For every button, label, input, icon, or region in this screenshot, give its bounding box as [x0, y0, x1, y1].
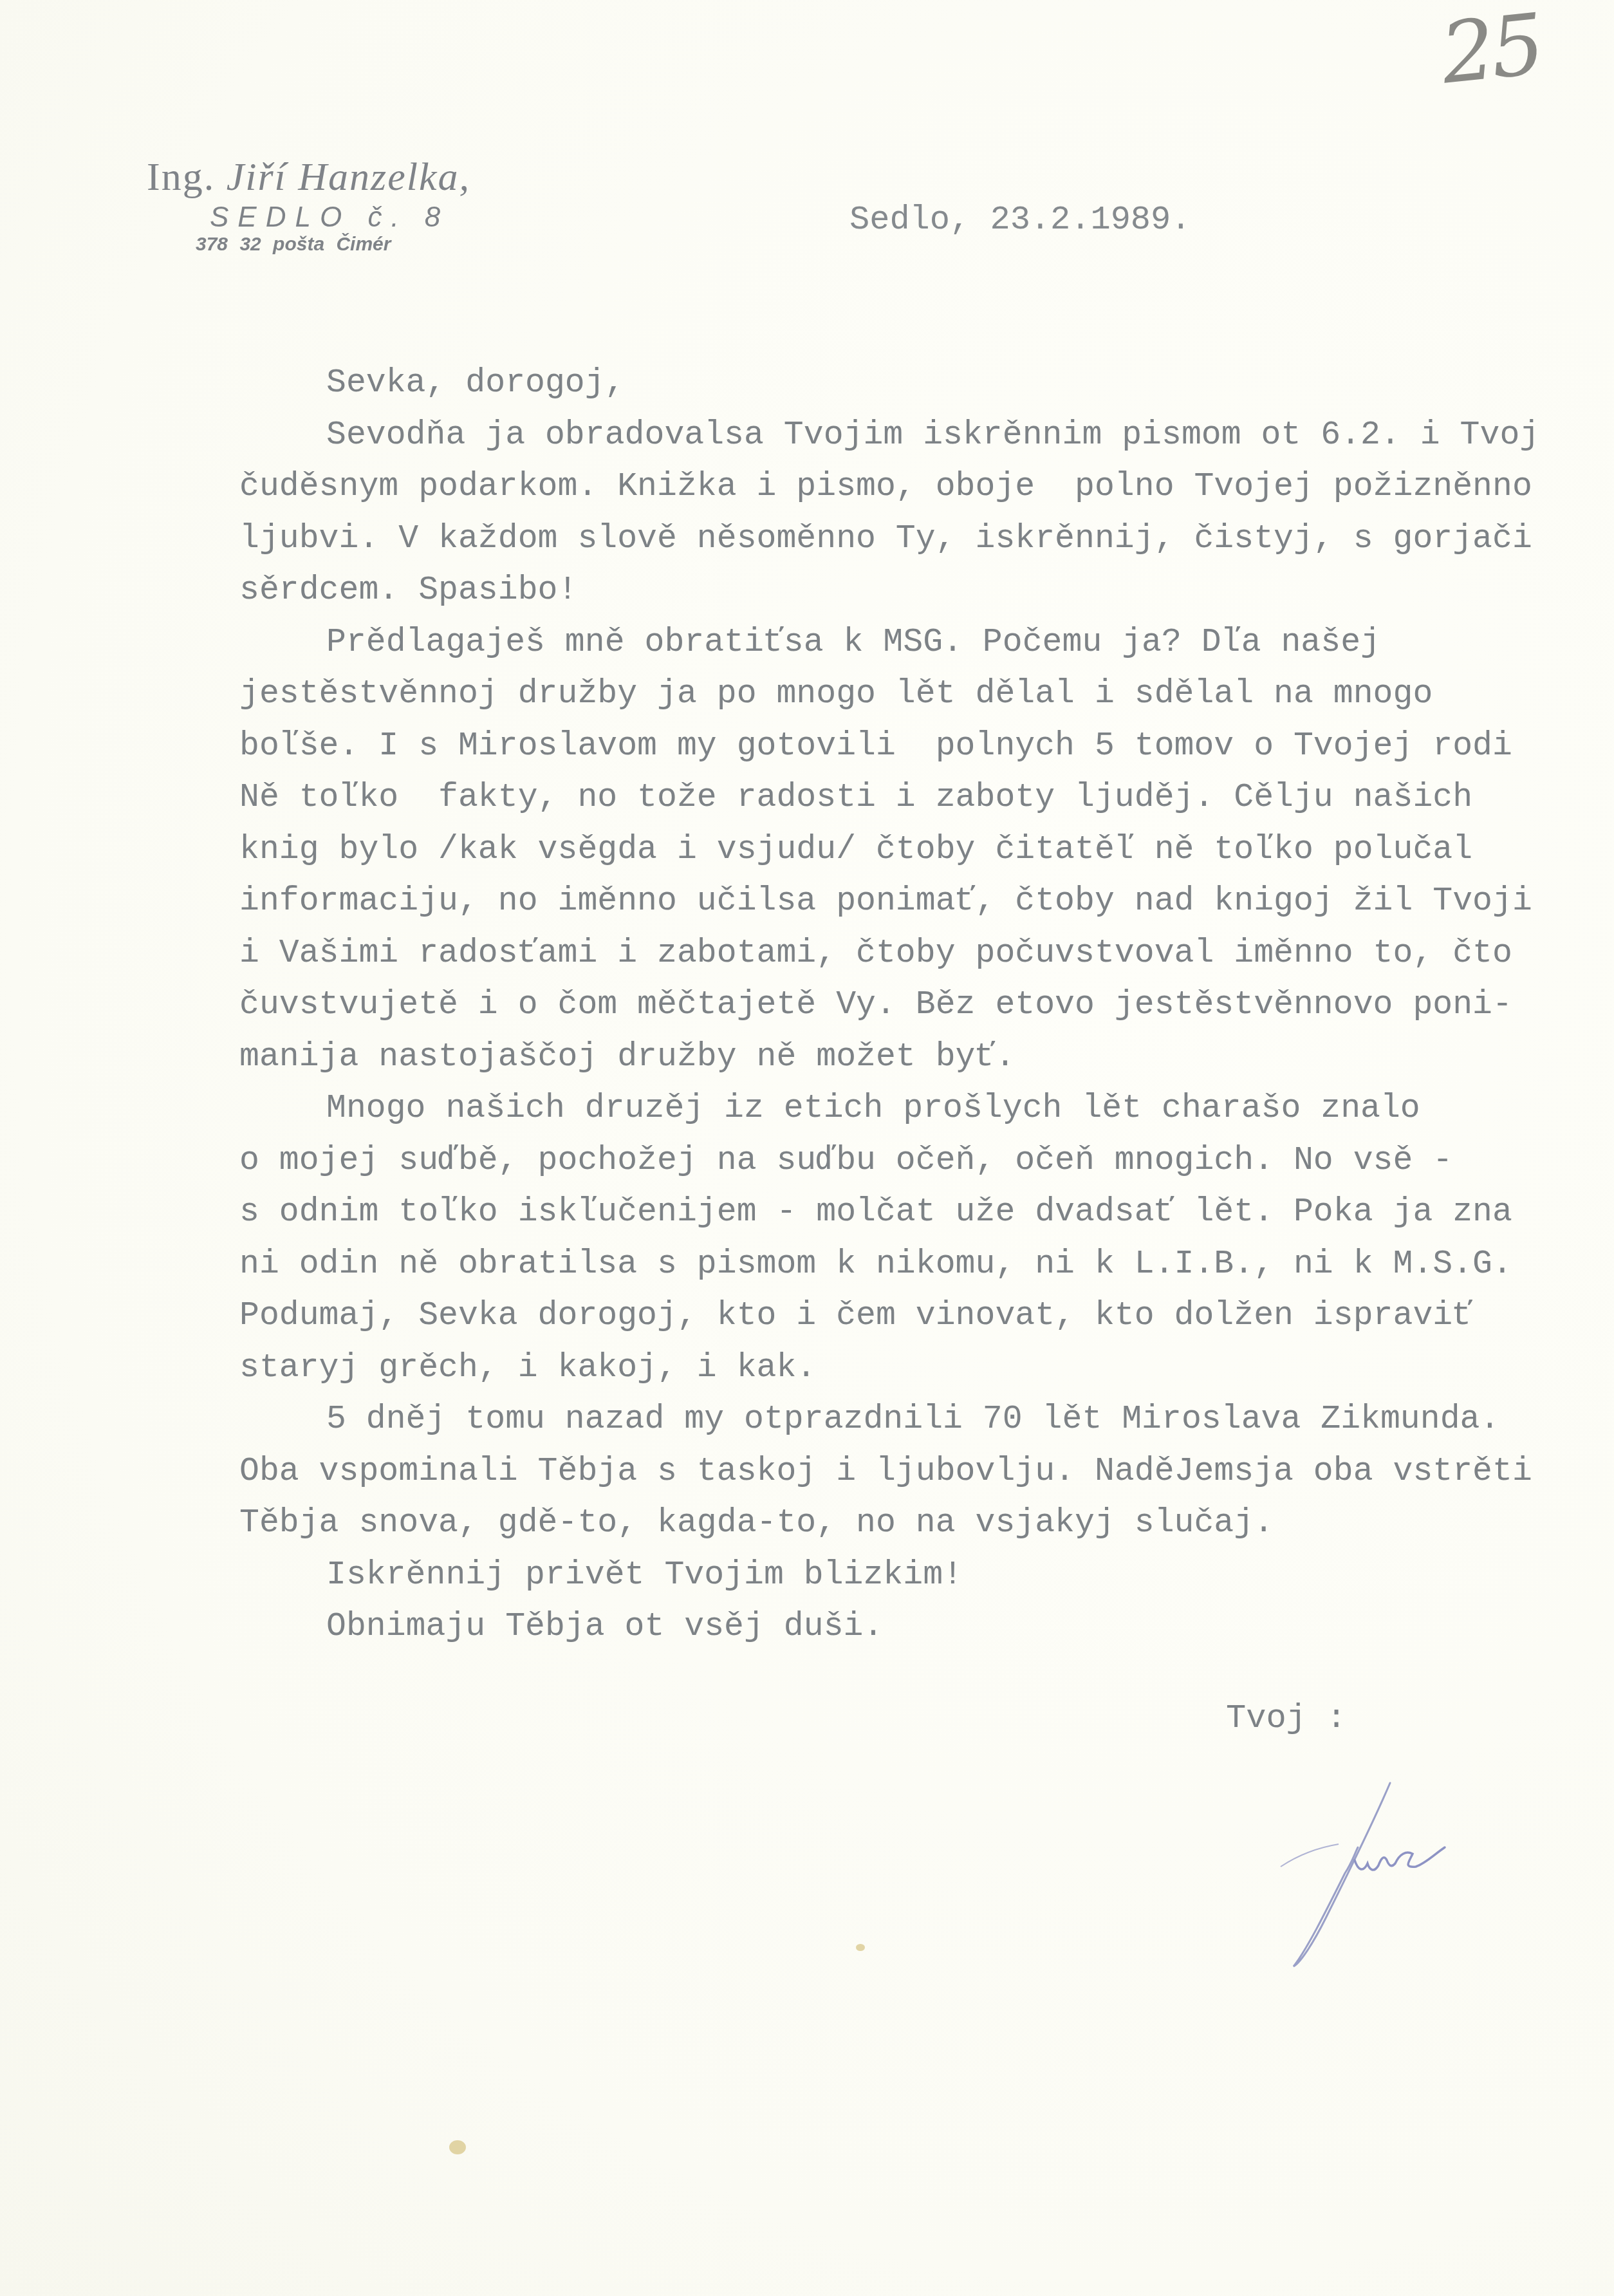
letterhead-postal: 378 32 pošta Čimér: [196, 234, 470, 256]
letterhead-name: Jiří Hanzelka,: [227, 155, 470, 199]
body-line: ljubvi. V každom slově něsoměnno Ty, isk…: [239, 513, 1614, 565]
body-line: o mojej suďbě, pochožej na suďbu očeň, o…: [239, 1135, 1614, 1187]
body-line: Iskrěnnij privět Tvojim blizkim!: [239, 1549, 1614, 1601]
body-line: sěrdcem. Spasibo!: [239, 565, 1614, 617]
body-line: Obnimaju Těbja ot vsěj duši.: [239, 1601, 1614, 1653]
body-line: Oba vspominali Těbja s taskoj i ljubovlj…: [239, 1446, 1614, 1498]
closing: Tvoj :: [1226, 1699, 1346, 1737]
body-line: čuděsnym podarkom. Knižka i pismo, oboje…: [239, 461, 1614, 513]
letterhead: Ing. Jiří Hanzelka, SEDLO č. 8 378 32 po…: [147, 154, 470, 256]
body-line: Ně toľko fakty, no tože radosti i zaboty…: [239, 772, 1614, 824]
letterhead-name-line: Ing. Jiří Hanzelka,: [147, 154, 470, 200]
body-line: Sevodňa ja obradovalsa Tvojim iskrěnnim …: [239, 409, 1614, 462]
body-line: staryj grěch, i kakoj, i kak.: [239, 1342, 1614, 1394]
body-line: informaciju, no iměnno učilsa ponimať, č…: [239, 875, 1614, 928]
body-line: knig bylo /kak vsěgda i vsjudu/ čtoby či…: [239, 824, 1614, 876]
letter-page: 25 Ing. Jiří Hanzelka, SEDLO č. 8 378 32…: [0, 0, 1614, 2296]
letterhead-street: SEDLO č. 8: [210, 201, 470, 234]
dateline: Sedlo, 23.2.1989.: [849, 201, 1191, 239]
paper-stain: [856, 1944, 865, 1951]
body-line: Prědlagaješ mně obratiťsa k MSG. Počemu …: [239, 617, 1614, 669]
handwritten-signature-icon: [1242, 1757, 1448, 1970]
body-line: s odnim toľko iskľučenijem - molčat uže …: [239, 1186, 1614, 1238]
body-line: boľše. I s Miroslavom my gotovili polnyc…: [239, 720, 1614, 772]
body-line: 5 dněj tomu nazad my otprazdnili 70 lět …: [239, 1394, 1614, 1446]
archive-page-number: 25: [1436, 0, 1544, 103]
letterhead-title: Ing.: [147, 155, 215, 199]
body-line: Sevka, dorogoj,: [239, 357, 1614, 409]
body-line: Těbja snova, gdě-to, kagda-to, no na vsj…: [239, 1497, 1614, 1549]
body-line: i Vašimi radosťami i zabotami, čtoby poč…: [239, 928, 1614, 980]
body-line: Mnogo našich druzěj iz etich prošlych lě…: [239, 1083, 1614, 1135]
body-line: ni odin ně obratilsa s pismom k nikomu, …: [239, 1238, 1614, 1291]
body-line: čuvstvujetě i o čom měčtajetě Vy. Běz et…: [239, 979, 1614, 1031]
paper-stain: [449, 2140, 466, 2154]
body-line: manija nastojaščoj družby ně možet byť.: [239, 1031, 1614, 1083]
letter-body: Sevka, dorogoj,Sevodňa ja obradovalsa Tv…: [239, 357, 1614, 1653]
body-line: jestěstvěnnoj družby ja po mnogo lět děl…: [239, 668, 1614, 720]
body-line: Podumaj, Sevka dorogoj, kto i čem vinova…: [239, 1290, 1614, 1342]
